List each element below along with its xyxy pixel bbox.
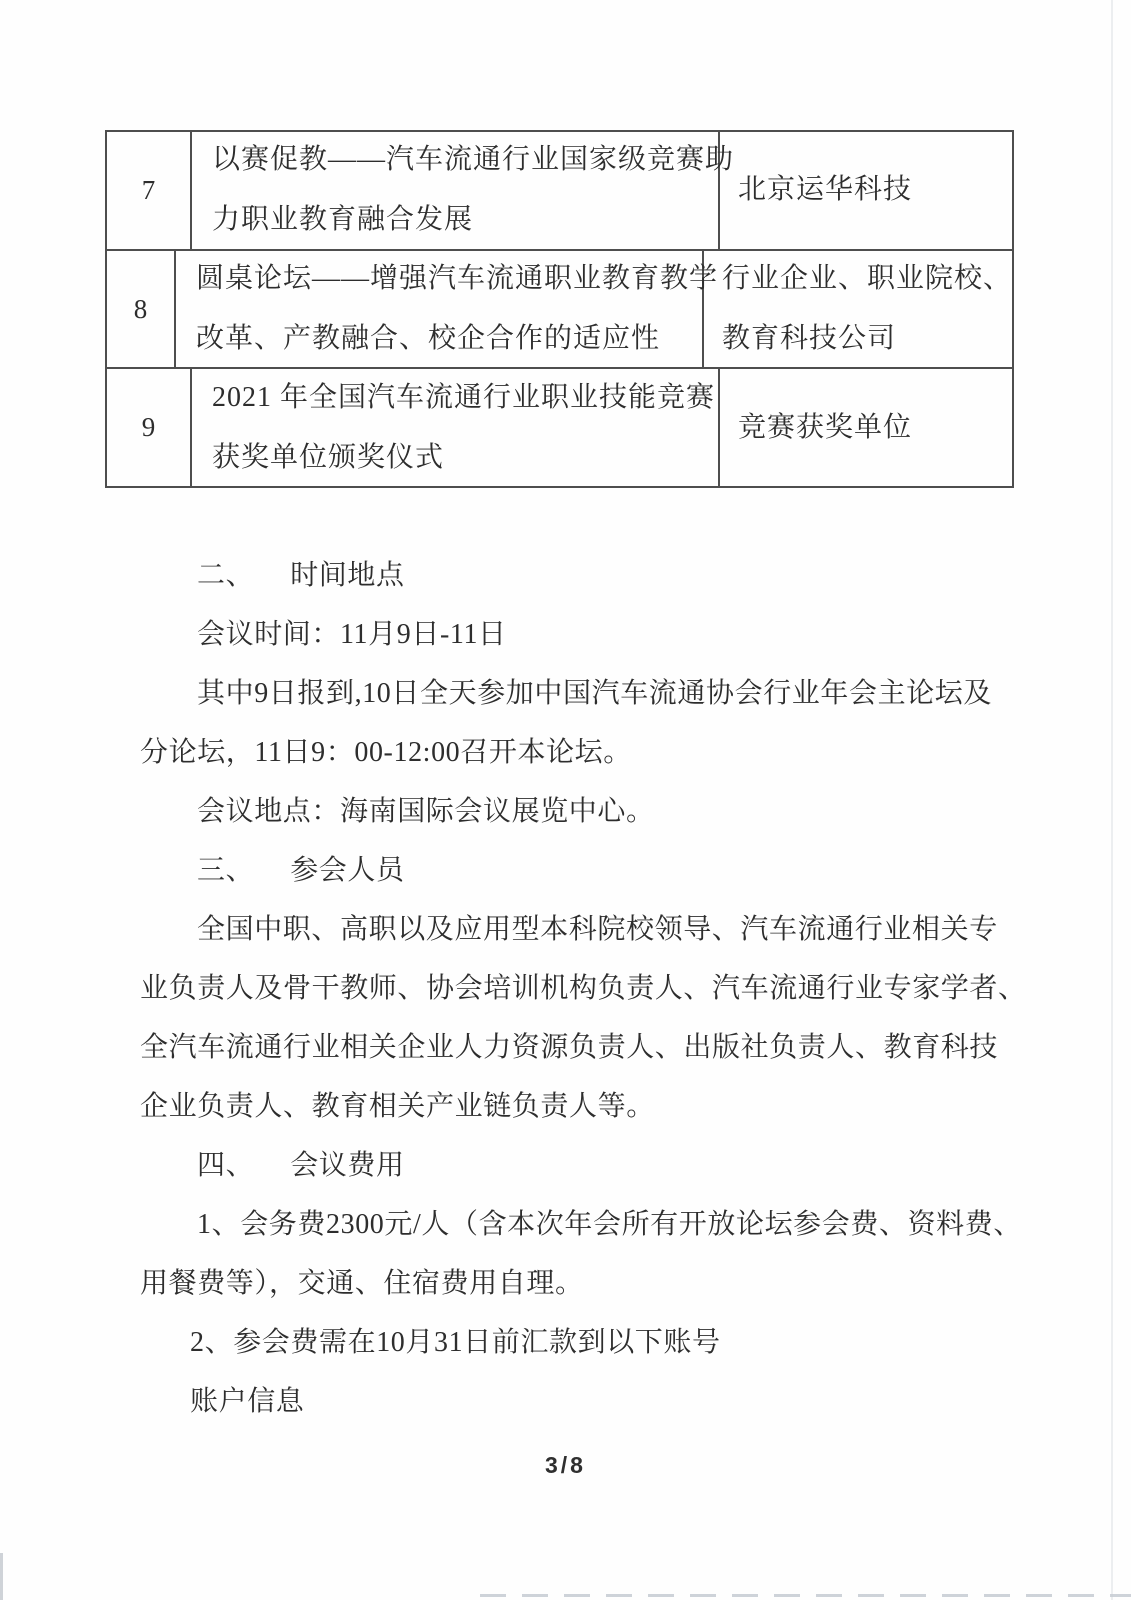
organizer-line: 竞赛获奖单位 — [738, 398, 1012, 458]
schedule-table: 7 以赛促教——汽车流通行业国家级竞赛助 力职业教育融合发展 北京运华科技 8 … — [105, 130, 1014, 488]
body-line-meeting-time: 会议时间：11月9日-11日 — [140, 605, 1020, 664]
row-number-cell: 7 — [107, 132, 192, 249]
organizer-line: 教育科技公司 — [722, 309, 1012, 369]
body-line-payment: 2、参会费需在10月31日前汇款到以下账号 — [140, 1313, 1020, 1372]
body-line: 全国中职、高职以及应用型本科院校领导、汽车流通行业相关专 — [140, 900, 1020, 959]
topic-cell: 圆桌论坛——增强汽车流通职业教育教学 改革、产教融合、校企合作的适应性 — [176, 251, 704, 368]
section-marker: 四、 — [197, 1150, 254, 1181]
document-body: 二、时间地点 会议时间：11月9日-11日 其中9日报到,10日全天参加中国汽车… — [140, 546, 1020, 1431]
table-row: 7 以赛促教——汽车流通行业国家级竞赛助 力职业教育融合发展 北京运华科技 — [107, 132, 1012, 251]
table-row: 9 2021 年全国汽车流通行业职业技能竞赛 获奖单位颁奖仪式 竞赛获奖单位 — [107, 369, 1012, 486]
body-line: 分论坛，11日9：00-12:00召开本论坛。 — [140, 723, 1020, 782]
section-heading-time-place: 二、时间地点 — [140, 546, 1020, 605]
page-number: 3/8 — [0, 1452, 1131, 1479]
body-line: 全汽车流通行业相关企业人力资源负责人、出版社负责人、教育科技 — [140, 1018, 1020, 1077]
body-line-fee: 1、会务费2300元/人（含本次年会所有开放论坛参会费、资料费、 — [140, 1195, 1020, 1254]
organizer-line: 行业企业、职业院校、 — [722, 249, 1012, 309]
organizer-cell: 行业企业、职业院校、 教育科技公司 — [704, 251, 1012, 368]
topic-line: 获奖单位颁奖仪式 — [212, 428, 718, 488]
table-row: 8 圆桌论坛——增强汽车流通职业教育教学 改革、产教融合、校企合作的适应性 行业… — [107, 251, 1012, 370]
section-title: 时间地点 — [290, 560, 404, 591]
organizer-cell: 竞赛获奖单位 — [720, 369, 1012, 486]
body-line: 企业负责人、教育相关产业链负责人等。 — [140, 1077, 1020, 1136]
topic-line: 2021 年全国汽车流通行业职业技能竞赛 — [212, 368, 718, 428]
section-marker: 二、 — [197, 560, 254, 591]
body-line-fee: 用餐费等），交通、住宿费用自理。 — [140, 1254, 1020, 1313]
organizer-cell: 北京运华科技 — [720, 132, 1012, 249]
section-title: 参会人员 — [290, 855, 404, 886]
topic-line: 圆桌论坛——增强汽车流通职业教育教学 — [196, 249, 702, 309]
topic-line: 改革、产教融合、校企合作的适应性 — [196, 309, 702, 369]
document-page: 7 以赛促教——汽车流通行业国家级竞赛助 力职业教育融合发展 北京运华科技 8 … — [0, 0, 1131, 1600]
topic-line: 力职业教育融合发展 — [212, 190, 718, 250]
body-line: 业负责人及骨干教师、协会培训机构负责人、汽车流通行业专家学者、 — [140, 959, 1020, 1018]
scan-artifact-right-edge — [1111, 0, 1113, 1600]
section-marker: 三、 — [197, 855, 254, 886]
topic-line: 以赛促教——汽车流通行业国家级竞赛助 — [212, 130, 718, 190]
row-number-cell: 9 — [107, 369, 192, 486]
scan-artifact-bottom-edge — [480, 1594, 1131, 1597]
body-line: 其中9日报到,10日全天参加中国汽车流通协会行业年会主论坛及 — [140, 664, 1020, 723]
topic-cell: 以赛促教——汽车流通行业国家级竞赛助 力职业教育融合发展 — [192, 132, 720, 249]
section-title: 会议费用 — [290, 1150, 404, 1181]
scan-artifact-left-edge — [0, 1553, 3, 1600]
body-line-account-info: 账户信息 — [140, 1372, 1020, 1431]
section-heading-participants: 三、参会人员 — [140, 841, 1020, 900]
organizer-line: 北京运华科技 — [738, 160, 1012, 220]
section-heading-fees: 四、会议费用 — [140, 1136, 1020, 1195]
topic-cell: 2021 年全国汽车流通行业职业技能竞赛 获奖单位颁奖仪式 — [192, 369, 720, 486]
row-number-cell: 8 — [107, 251, 176, 368]
body-line-meeting-place: 会议地点：海南国际会议展览中心。 — [140, 782, 1020, 841]
